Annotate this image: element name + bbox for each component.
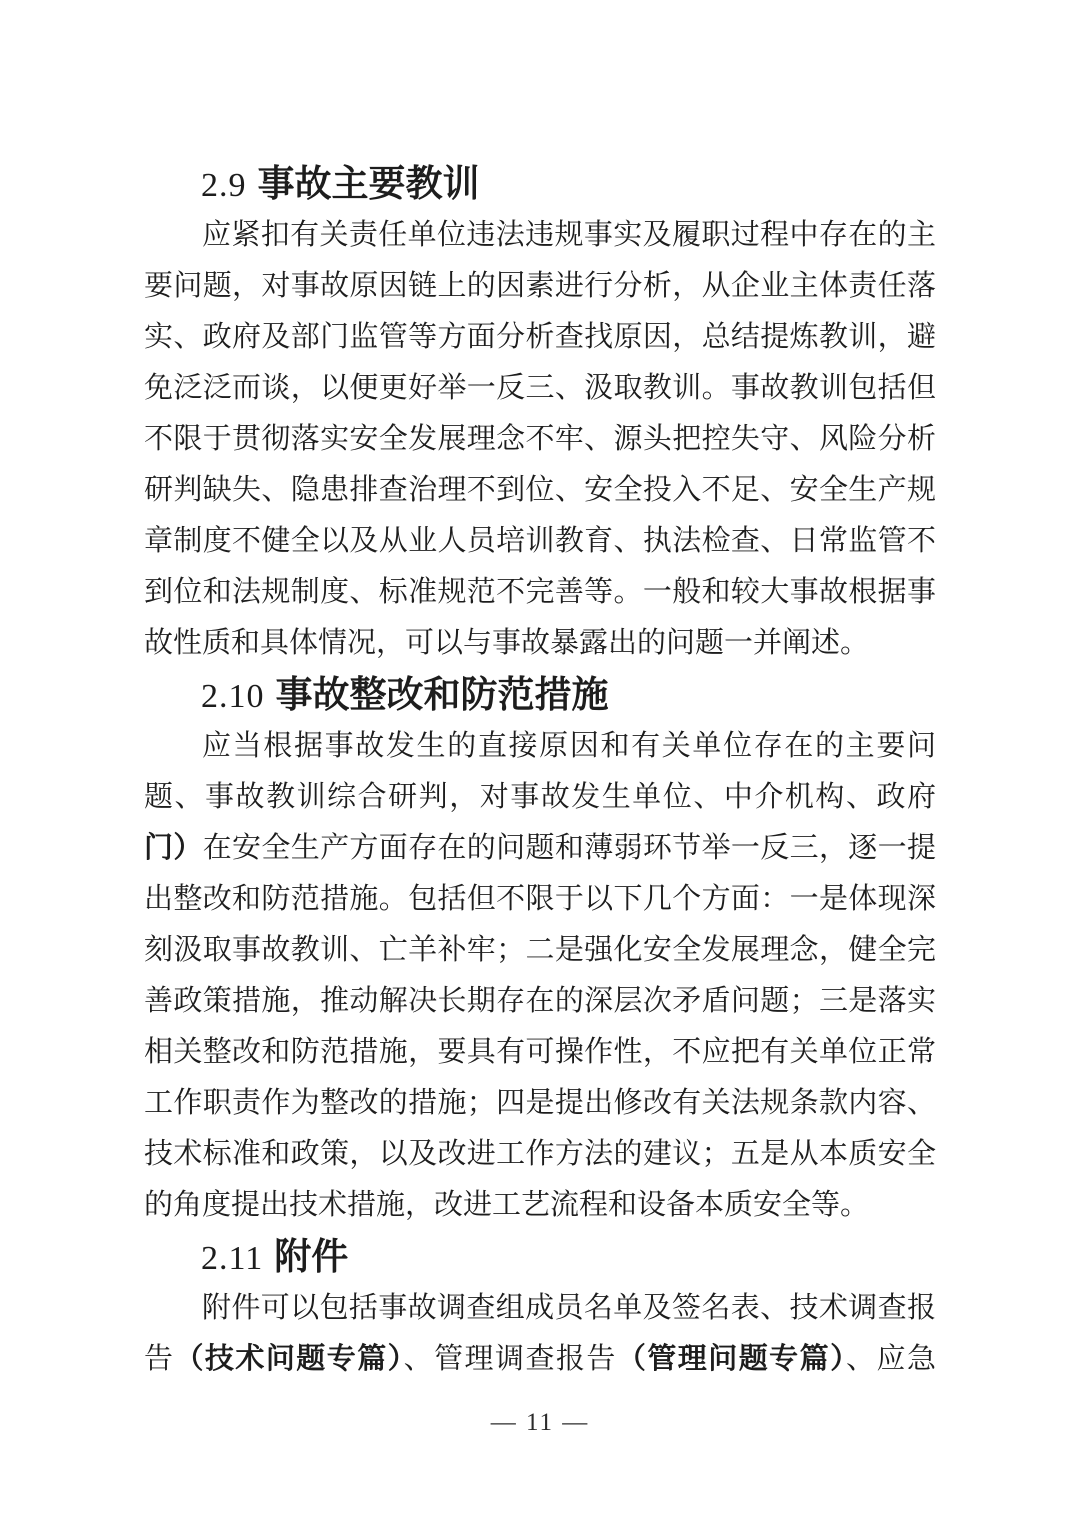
- text-run: 实、政府及部门监管等方面分析查找原因，总结提炼教训，避: [144, 321, 936, 353]
- text-line: 告（技术问题专篇）、管理调查报告（管理问题专篇）、应急: [144, 1334, 936, 1385]
- section-heading: 2.9事故主要教训: [144, 158, 936, 210]
- text-line: 工作职责作为整改的措施；四是提出修改有关法规条款内容、: [144, 1078, 936, 1129]
- text-line: 应紧扣有关责任单位违法违规事实及履职过程中存在的主: [144, 210, 936, 261]
- page-footer: — 11 —: [0, 1403, 1080, 1443]
- bold-text-run: 门）: [144, 832, 203, 864]
- text-run: 应紧扣有关责任单位违法违规事实及履职过程中存在的主: [202, 219, 936, 251]
- text-line: 章制度不健全以及从业人员培训教育、执法检查、日常监管不: [144, 516, 936, 567]
- text-run: 不限于贯彻落实安全发展理念不牢、源头把控失守、风险分析: [144, 423, 936, 455]
- section-title: 事故主要教训: [258, 163, 480, 204]
- text-line: 刻汲取事故教训、亡羊补牢；二是强化安全发展理念，健全完: [144, 925, 936, 976]
- section-number: 2.11: [201, 1240, 263, 1277]
- page-number: — 11 —: [491, 1409, 590, 1436]
- document-page: 2.9事故主要教训应紧扣有关责任单位违法违规事实及履职过程中存在的主要问题，对事…: [0, 0, 1080, 1527]
- text-line: 应当根据事故发生的直接原因和有关单位存在的主要问: [144, 721, 936, 772]
- text-line: 实、政府及部门监管等方面分析查找原因，总结提炼教训，避: [144, 312, 936, 363]
- text-run: 的角度提出技术措施，改进工艺流程和设备本质安全等。: [144, 1189, 869, 1221]
- text-line: 相关整改和防范措施，要具有可操作性，不应把有关单位正常: [144, 1027, 936, 1078]
- text-run: 应当根据事故发生的直接原因和有关单位存在的主要问: [202, 730, 936, 762]
- text-run: 相关整改和防范措施，要具有可操作性，不应把有关单位正常: [144, 1036, 936, 1068]
- text-run: 、管理调查报告: [404, 1343, 617, 1375]
- text-run: 告: [144, 1343, 174, 1375]
- bold-text-run: （管理问题专篇）: [617, 1343, 846, 1375]
- text-run: 技术标准和政策，以及改进工作方法的建议；五是从本质安全: [144, 1138, 936, 1170]
- document-content: 2.9事故主要教训应紧扣有关责任单位违法违规事实及履职过程中存在的主要问题，对事…: [144, 158, 936, 1385]
- text-run: 章制度不健全以及从业人员培训教育、执法检查、日常监管不: [144, 525, 936, 557]
- section-heading: 2.10事故整改和防范措施: [144, 669, 936, 721]
- text-line: 门）在安全生产方面存在的问题和薄弱环节举一反三，逐一提: [144, 823, 936, 874]
- section-number: 2.9: [201, 167, 247, 204]
- text-run: 善政策措施，推动解决长期存在的深层次矛盾问题；三是落实: [144, 985, 936, 1017]
- text-line: 不限于贯彻落实安全发展理念不牢、源头把控失守、风险分析: [144, 414, 936, 465]
- text-run: 要问题，对事故原因链上的因素进行分析，从企业主体责任落: [144, 270, 936, 302]
- text-run: 研判缺失、隐患排查治理不到位、安全投入不足、安全生产规: [144, 474, 936, 506]
- section-title: 附件: [274, 1236, 348, 1277]
- text-line: 附件可以包括事故调查组成员名单及签名表、技术调查报: [144, 1283, 936, 1334]
- text-line: 到位和法规制度、标准规范不完善等。一般和较大事故根据事: [144, 567, 936, 618]
- text-line: 要问题，对事故原因链上的因素进行分析，从企业主体责任落: [144, 261, 936, 312]
- text-run: 在安全生产方面存在的问题和薄弱环节举一反三，逐一提: [203, 832, 936, 864]
- text-run: 附件可以包括事故调查组成员名单及签名表、技术调查报: [202, 1292, 936, 1324]
- text-line: 技术标准和政策，以及改进工作方法的建议；五是从本质安全: [144, 1129, 936, 1180]
- text-run: 工作职责作为整改的措施；四是提出修改有关法规条款内容、: [144, 1087, 936, 1119]
- text-line: 免泛泛而谈，以便更好举一反三、汲取教训。事故教训包括但: [144, 363, 936, 414]
- text-line: 的角度提出技术措施，改进工艺流程和设备本质安全等。: [144, 1180, 936, 1231]
- text-line: 题、事故教训综合研判，对事故发生单位、中介机构、政府（部: [144, 772, 936, 823]
- text-run: 、应急: [846, 1343, 936, 1375]
- text-line: 故性质和具体情况，可以与事故暴露出的问题一并阐述。: [144, 618, 936, 669]
- text-run: 免泛泛而谈，以便更好举一反三、汲取教训。事故教训包括但: [144, 372, 936, 404]
- text-run: 刻汲取事故教训、亡羊补牢；二是强化安全发展理念，健全完: [144, 934, 936, 966]
- section-heading: 2.11附件: [144, 1231, 936, 1283]
- text-run: 题、事故教训综合研判，对事故发生单位、中介机构、政府: [144, 781, 936, 813]
- bold-text-run: （技术问题专篇）: [174, 1343, 403, 1375]
- text-line: 善政策措施，推动解决长期存在的深层次矛盾问题；三是落实: [144, 976, 936, 1027]
- text-run: 到位和法规制度、标准规范不完善等。一般和较大事故根据事: [144, 576, 936, 608]
- text-run: 出整改和防范措施。包括但不限于以下几个方面：一是体现深: [144, 883, 936, 915]
- section-number: 2.10: [201, 678, 265, 715]
- text-run: 故性质和具体情况，可以与事故暴露出的问题一并阐述。: [144, 627, 869, 659]
- text-line: 出整改和防范措施。包括但不限于以下几个方面：一是体现深: [144, 874, 936, 925]
- text-line: 研判缺失、隐患排查治理不到位、安全投入不足、安全生产规: [144, 465, 936, 516]
- section-title: 事故整改和防范措施: [276, 674, 609, 715]
